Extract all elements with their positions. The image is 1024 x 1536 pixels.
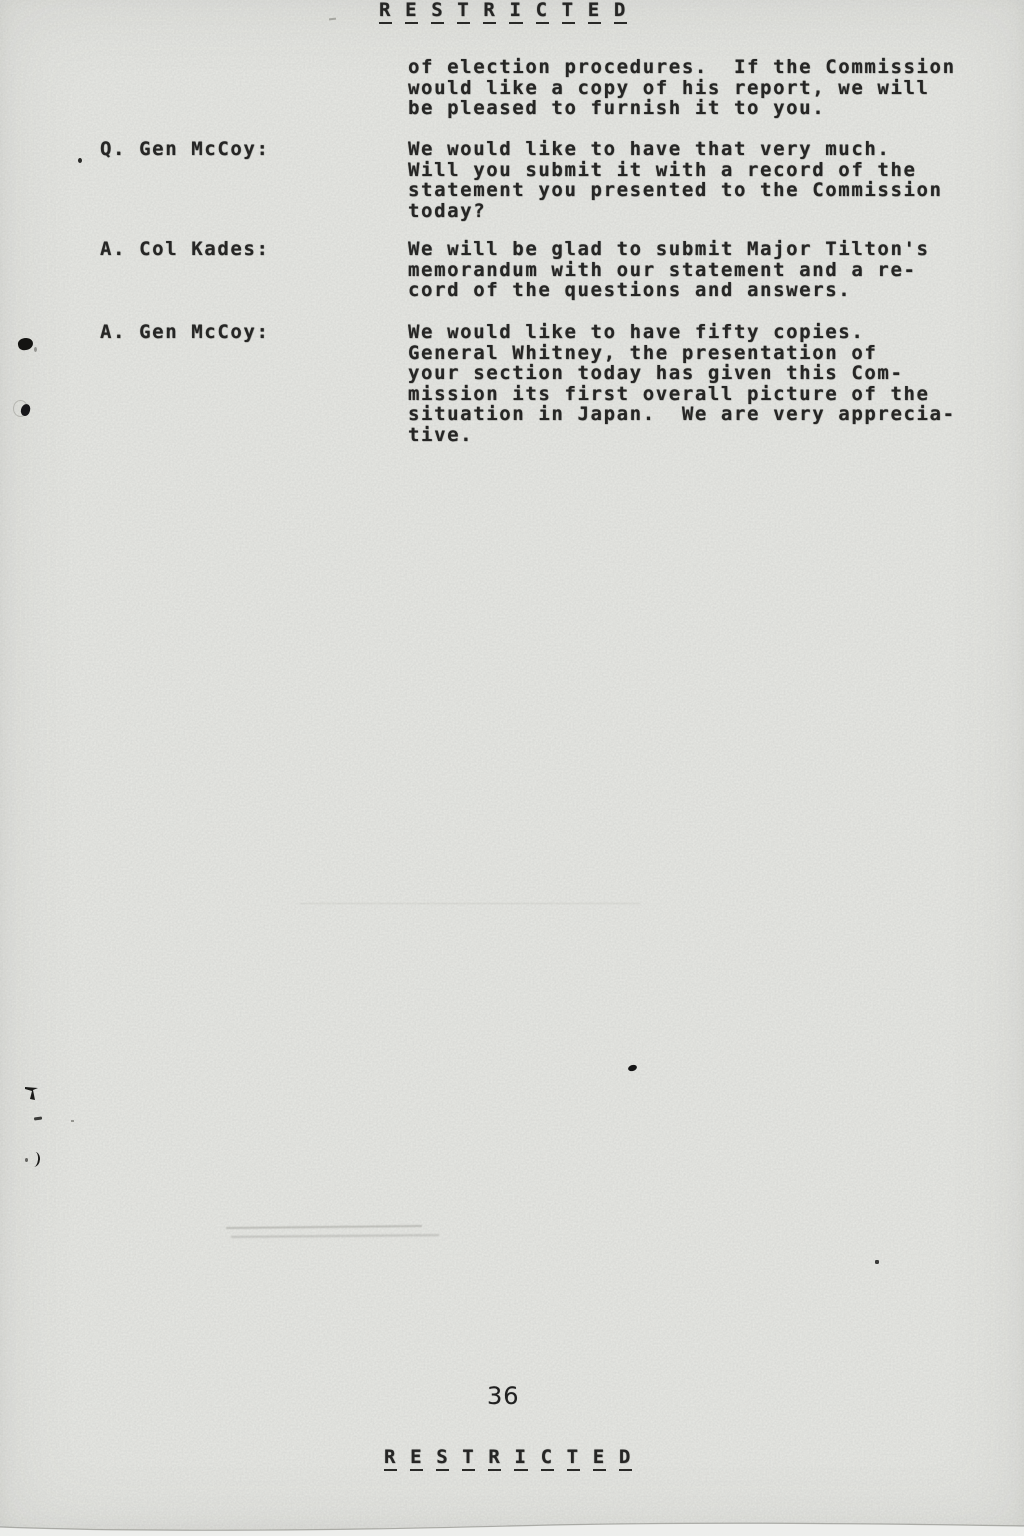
stray-dot — [875, 1260, 879, 1264]
ink-blot — [17, 337, 34, 352]
paper-edge — [0, 1518, 1024, 1536]
document-page: R E S T R I C T E D of election procedur… — [0, 0, 1024, 1536]
faint-smudge — [300, 903, 640, 904]
ink-blot — [20, 403, 32, 417]
stray-paren-mark — [31, 1152, 41, 1168]
speaker-label: A. Gen McCoy: — [100, 322, 270, 343]
pencil-smudge — [231, 1234, 439, 1238]
speaker-statement: We will be glad to submit Major Tilton's… — [408, 239, 930, 301]
page-number: 36 — [487, 1383, 520, 1409]
speaker-label: A. Col Kades: — [100, 239, 270, 260]
pencil-smudge — [226, 1225, 422, 1229]
stray-dash — [329, 18, 336, 20]
stray-dot — [78, 158, 82, 163]
speaker-statement: We would like to have that very much. Wi… — [408, 139, 943, 221]
stray-dash — [34, 1116, 42, 1120]
classification-header: R E S T R I C T E D — [379, 0, 627, 21]
stray-speck — [71, 1120, 74, 1122]
ink-check-mark — [24, 1085, 42, 1103]
classification-footer: R E S T R I C T E D — [384, 1447, 632, 1468]
continuation-paragraph: of election procedures. If the Commissio… — [408, 57, 956, 119]
speaker-label: Q. Gen McCoy: — [100, 139, 270, 160]
ink-speck — [34, 347, 37, 352]
ink-ring — [13, 400, 28, 417]
paper-grain-texture — [0, 0, 1024, 1536]
stray-dot — [627, 1064, 637, 1072]
speaker-statement: We would like to have fifty copies. Gene… — [408, 322, 956, 445]
stray-dot — [25, 1158, 28, 1162]
